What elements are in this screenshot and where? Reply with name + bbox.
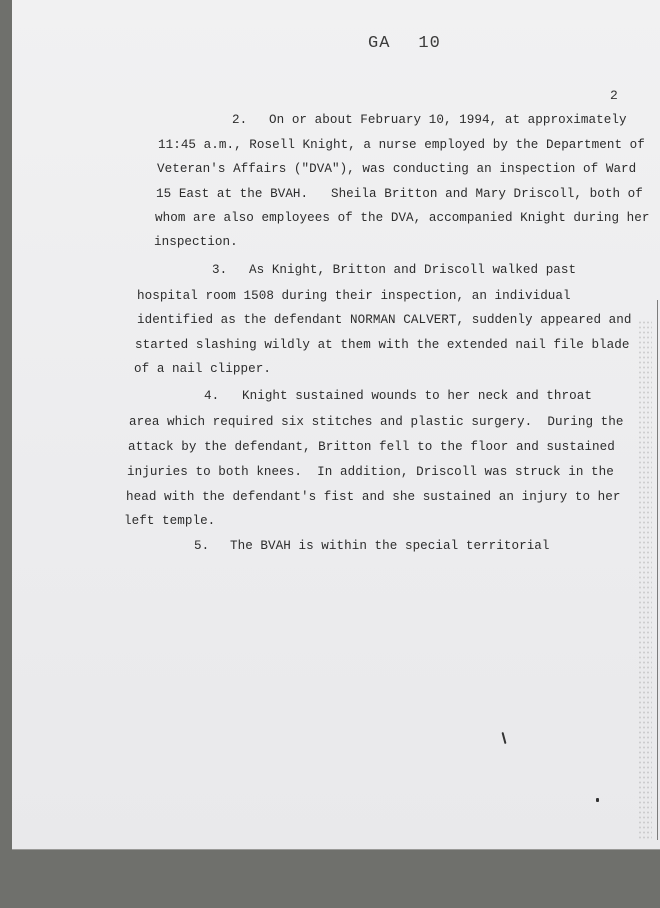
scan-artifact — [596, 798, 599, 802]
text-line: area which required six stitches and pla… — [129, 415, 624, 429]
text-line: Veteran's Affairs ("DVA"), was conductin… — [157, 162, 636, 176]
text-line: identified as the defendant NORMAN CALVE… — [137, 313, 632, 327]
text-line: inspection. — [154, 235, 238, 249]
text-line: hospital room 1508 during their inspecti… — [137, 289, 571, 303]
text-line: head with the defendant's fist and she s… — [126, 490, 621, 504]
header-number: 10 — [418, 34, 440, 53]
paragraph-number: 2. — [232, 113, 247, 127]
text-line: left temple. — [124, 514, 215, 528]
text-line: injuries to both knees. In addition, Dri… — [127, 465, 614, 479]
text-line: As Knight, Britton and Driscoll walked p… — [249, 263, 576, 277]
text-line: 11:45 a.m., Rosell Knight, a nurse emplo… — [158, 138, 645, 152]
text-line: started slashing wildly at them with the… — [135, 338, 630, 352]
document-header: GA10 — [368, 34, 441, 53]
text-line: Knight sustained wounds to her neck and … — [242, 389, 592, 403]
scan-noise — [638, 320, 652, 840]
header-prefix: GA — [368, 34, 390, 53]
scan-edge-line — [657, 300, 658, 840]
paragraph-number: 4. — [204, 389, 219, 403]
scan-artifact — [501, 732, 506, 744]
text-line: On or about February 10, 1994, at approx… — [269, 113, 627, 127]
text-line: attack by the defendant, Britton fell to… — [128, 440, 615, 454]
text-line: The BVAH is within the special territori… — [230, 539, 550, 553]
page-number: 2 — [610, 88, 618, 103]
text-line: of a nail clipper. — [134, 362, 271, 376]
text-line: whom are also employees of the DVA, acco… — [155, 211, 650, 225]
text-line: 15 East at the BVAH. Sheila Britton and … — [156, 187, 643, 201]
scanned-document-page: GA10 2 2. On or about February 10, 1994,… — [12, 0, 660, 850]
paragraph-number: 3. — [212, 263, 227, 277]
paragraph-number: 5. — [194, 539, 209, 553]
